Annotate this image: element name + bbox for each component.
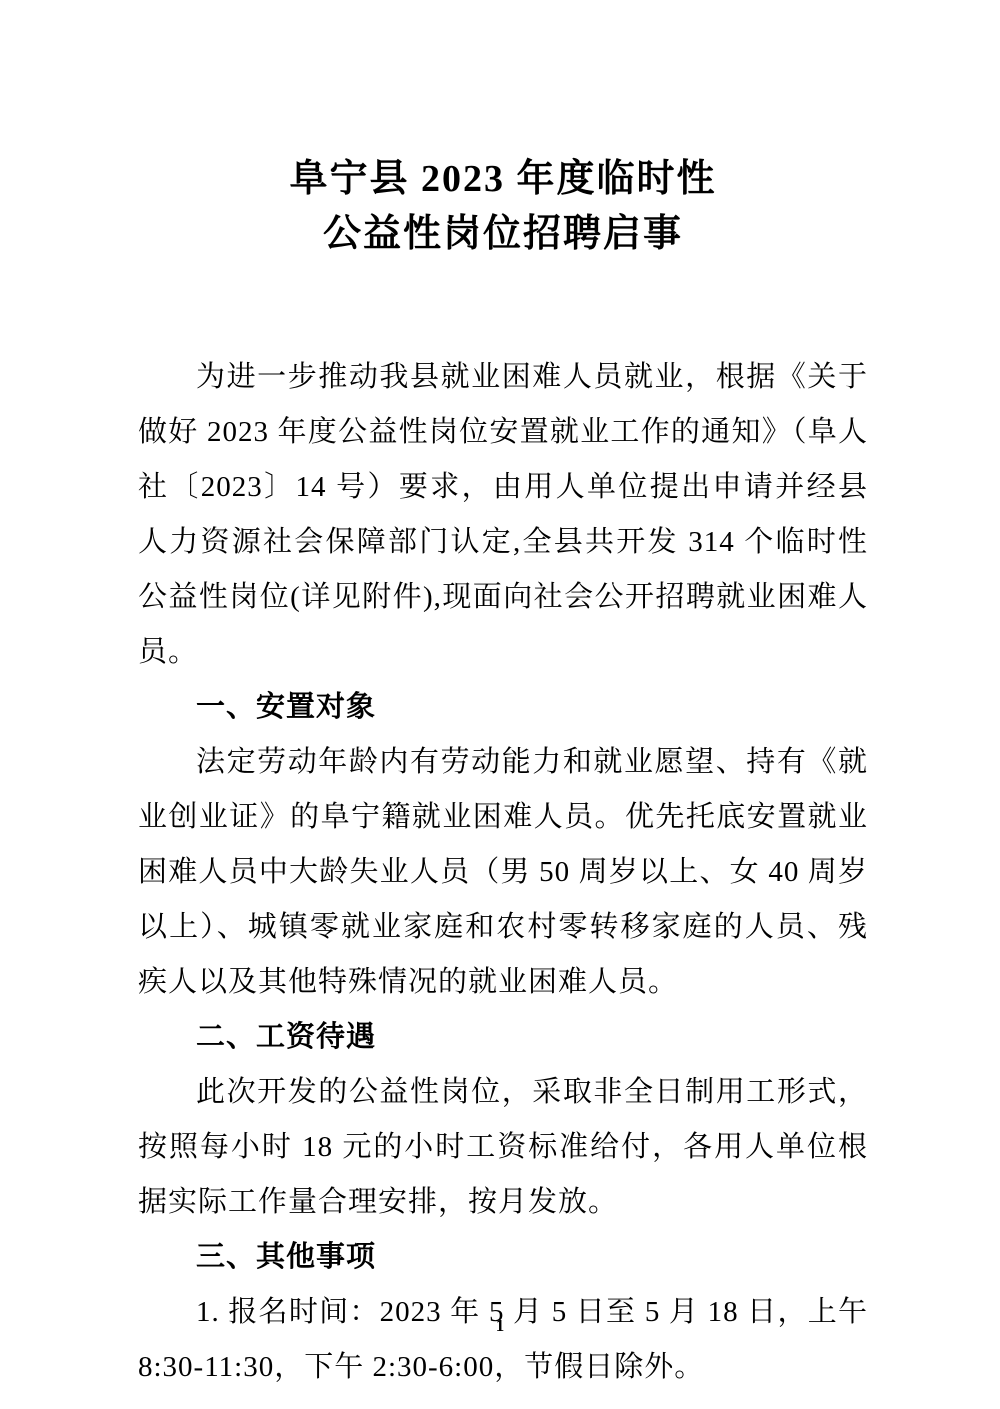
wages-paragraph: 此次开发的公益性岗位，采取非全日制用工形式，按照每小时 18 元的小时工资标准给… xyxy=(138,1065,868,1230)
document-title: 阜宁县 2023 年度临时性 公益性岗位招聘启事 xyxy=(138,152,868,262)
page-number: 1 xyxy=(0,1316,1000,1336)
document-page: 阜宁县 2023 年度临时性 公益性岗位招聘启事 为进一步推动我县就业困难人员就… xyxy=(0,0,1000,1409)
section-heading-other-matters: 三、其他事项 xyxy=(138,1230,868,1285)
document-content: 阜宁县 2023 年度临时性 公益性岗位招聘启事 为进一步推动我县就业困难人员就… xyxy=(138,152,868,1395)
section-heading-placement-targets: 一、安置对象 xyxy=(138,680,868,735)
intro-paragraph: 为进一步推动我县就业困难人员就业，根据《关于做好 2023 年度公益性岗位安置就… xyxy=(138,350,868,680)
document-title-line-2: 公益性岗位招聘启事 xyxy=(138,207,868,262)
section-heading-wages: 二、工资待遇 xyxy=(138,1010,868,1065)
placement-targets-paragraph: 法定劳动年龄内有劳动能力和就业愿望、持有《就业创业证》的阜宁籍就业困难人员。优先… xyxy=(138,735,868,1010)
registration-time-paragraph: 1. 报名时间：2023 年 5 月 5 日至 5 月 18 日，上午 8:30… xyxy=(138,1285,868,1395)
document-title-line-1: 阜宁县 2023 年度临时性 xyxy=(138,152,868,207)
